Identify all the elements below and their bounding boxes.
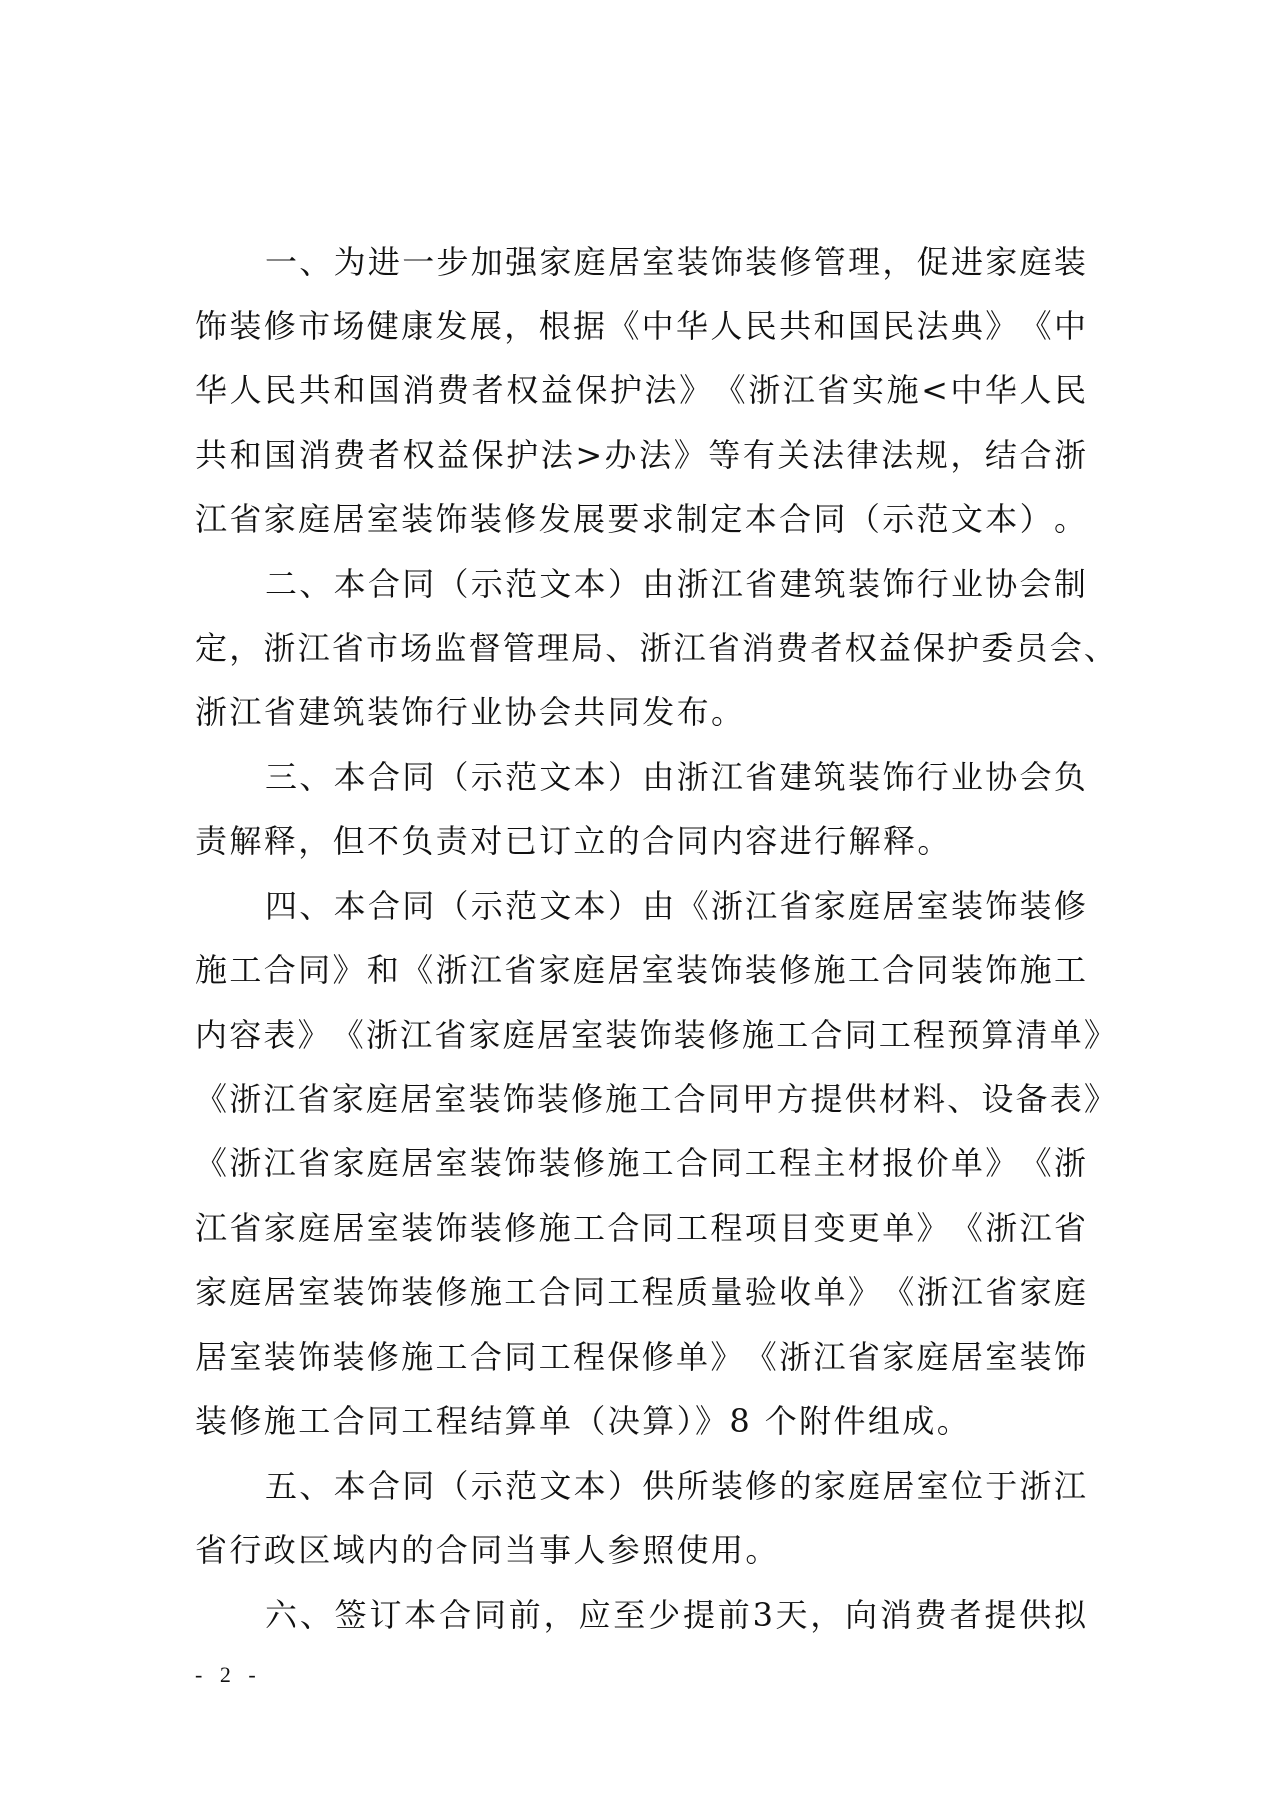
- paragraph-4-line-5: 《 浙 江 省 家 庭 居 室 装 饰 装 修 施 工 合 同 工 程 主 材 …: [195, 1143, 1086, 1183]
- paragraph-5-line-1: 五 、 本 合 同 （ 示 范 文 本 ） 供 所 装 修 的 家 庭 居 室 …: [265, 1466, 1086, 1506]
- paragraph-3-line-1: 三 、 本 合 同 （ 示 范 文 本 ） 由 浙 江 省 建 筑 装 饰 行 …: [265, 757, 1086, 797]
- paragraph-1-line-5: 江 省 家 庭 居 室 装 饰 装 修 发 展 要 求 制 定 本 合 同 （ …: [195, 499, 1086, 539]
- paragraph-4-line-8: 居 室 装 饰 装 修 施 工 合 同 工 程 保 修 单 》 《 浙 江 省 …: [195, 1337, 1086, 1377]
- document-page: 一 、 为 进 一 步 加 强 家 庭 居 室 装 饰 装 修 管 理 ， 促 …: [0, 0, 1280, 1810]
- paragraph-4-line-9: 装修施工合同工程结算单（决算）》8 个附件组成。: [195, 1401, 1086, 1441]
- paragraph-2-line-2: 定 ， 浙 江 省 市 场 监 督 管 理 局 、 浙 江 省 消 费 者 权 …: [195, 628, 1086, 668]
- paragraph-4-line-6: 江 省 家 庭 居 室 装 饰 装 修 施 工 合 同 工 程 项 目 变 更 …: [195, 1208, 1086, 1248]
- paragraph-1-line-4: 共 和 国 消 费 者 权 益 保 护 法 > 办 法 》 等 有 关 法 律 …: [195, 435, 1086, 475]
- paragraph-4-line-4: 《 浙 江 省 家 庭 居 室 装 饰 装 修 施 工 合 同 甲 方 提 供 …: [195, 1079, 1086, 1119]
- paragraph-5-line-2: 省行政区域内的合同当事人参照使用。: [195, 1530, 1086, 1570]
- paragraph-4-line-1: 四 、 本 合 同 （ 示 范 文 本 ） 由 《 浙 江 省 家 庭 居 室 …: [265, 886, 1086, 926]
- paragraph-6-line-1: 六 、 签 订 本 合 同 前 ， 应 至 少 提 前 3 天 ， 向 消 费 …: [265, 1595, 1086, 1635]
- paragraph-1-line-1: 一 、 为 进 一 步 加 强 家 庭 居 室 装 饰 装 修 管 理 ， 促 …: [265, 242, 1086, 282]
- paragraph-4-line-7: 家 庭 居 室 装 饰 装 修 施 工 合 同 工 程 质 量 验 收 单 》 …: [195, 1272, 1086, 1312]
- paragraph-3-line-2: 责解释，但不负责对已订立的合同内容进行解释。: [195, 821, 1086, 861]
- paragraph-2-line-1: 二 、 本 合 同 （ 示 范 文 本 ） 由 浙 江 省 建 筑 装 饰 行 …: [265, 564, 1086, 604]
- page-number: - 2 -: [195, 1662, 262, 1688]
- paragraph-2-line-3: 浙江省建筑装饰行业协会共同发布。: [195, 692, 1086, 732]
- paragraph-4-line-3: 内 容 表 》 《 浙 江 省 家 庭 居 室 装 饰 装 修 施 工 合 同 …: [195, 1015, 1086, 1055]
- paragraph-4-line-2: 施 工 合 同 》 和 《 浙 江 省 家 庭 居 室 装 饰 装 修 施 工 …: [195, 950, 1086, 990]
- paragraph-1-line-3: 华 人 民 共 和 国 消 费 者 权 益 保 护 法 》 《 浙 江 省 实 …: [195, 370, 1086, 410]
- paragraph-1-line-2: 饰 装 修 市 场 健 康 发 展 ， 根 据 《 中 华 人 民 共 和 国 …: [195, 306, 1086, 346]
